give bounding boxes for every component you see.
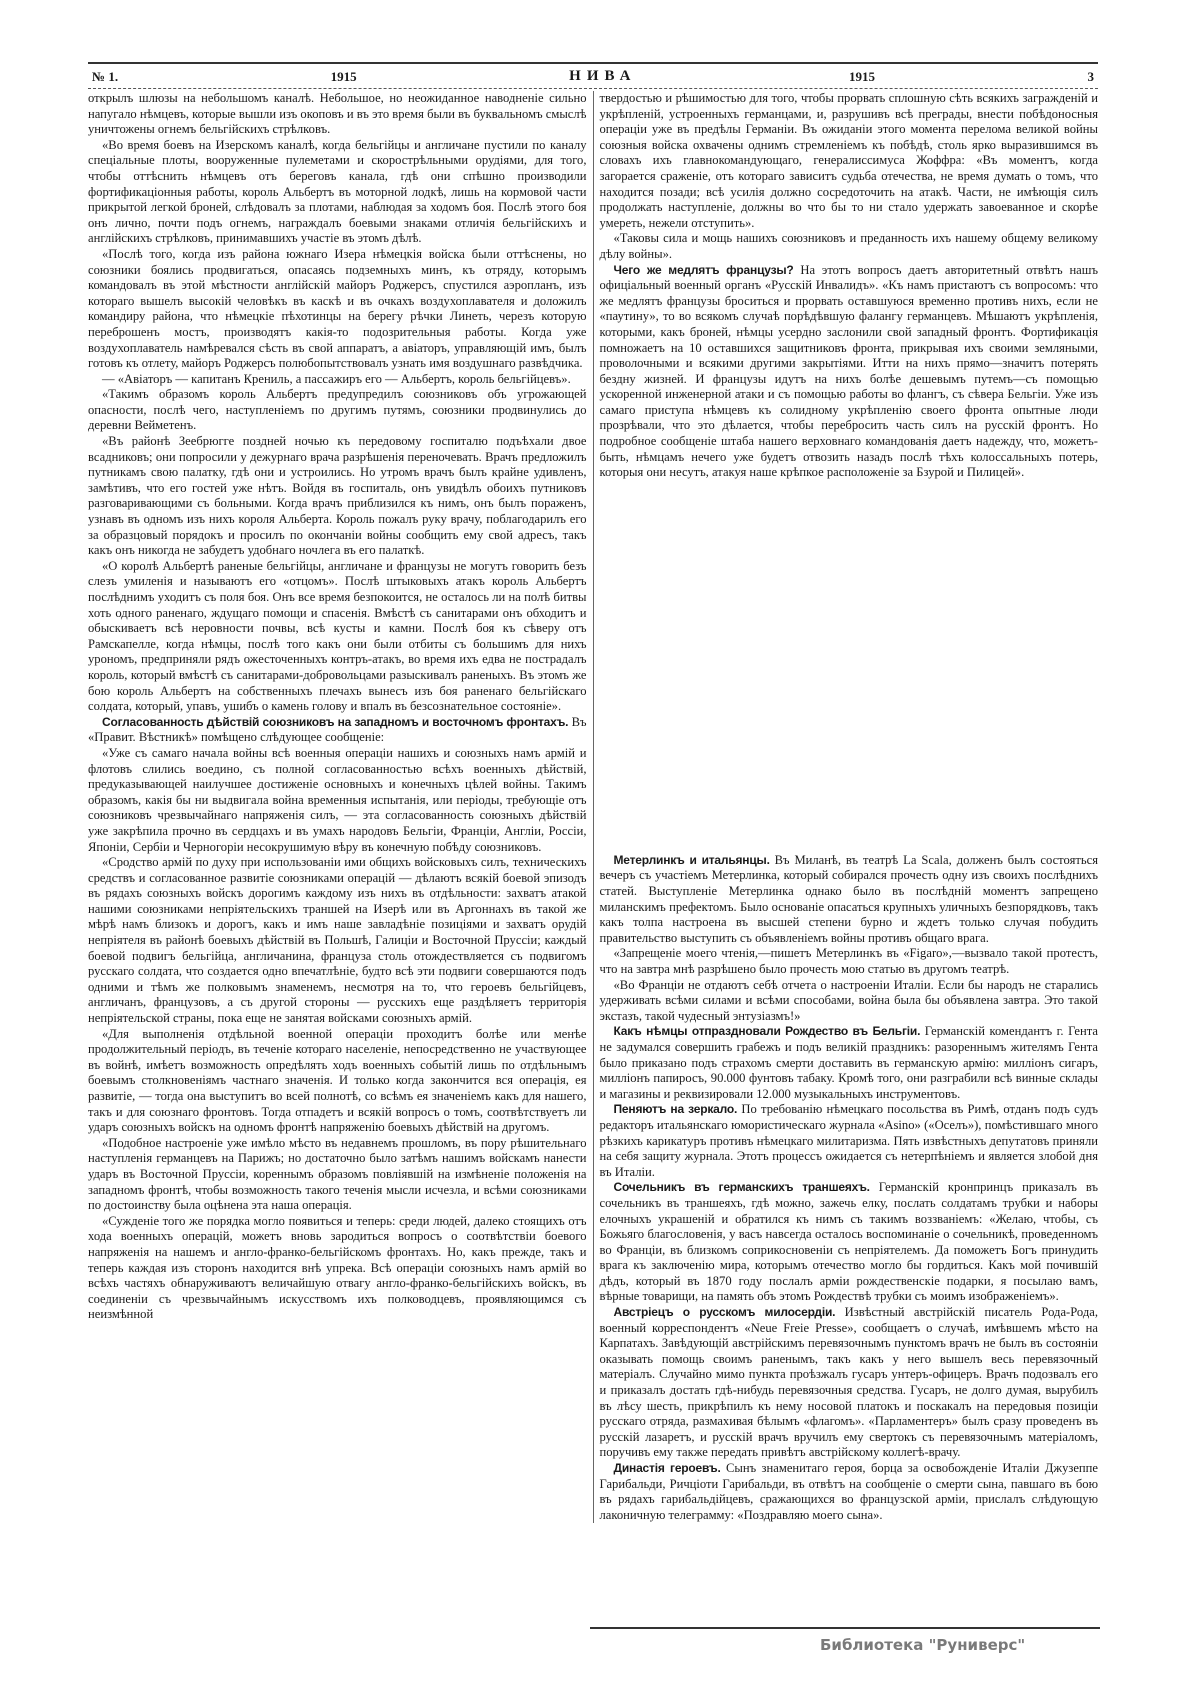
paragraph: «Подобное настроеніе уже имѣло мѣсто въ … bbox=[88, 1136, 587, 1214]
issue-number: № 1. bbox=[92, 69, 118, 85]
bottom-rule bbox=[590, 1627, 1100, 1629]
section-allied-coordination: Согласованность дѣйствій союзниковъ на з… bbox=[88, 715, 587, 746]
paragraph: «Во время боевъ на Изерскомъ каналѣ, ког… bbox=[88, 138, 587, 247]
blank-space bbox=[600, 481, 1099, 853]
section-heading: Какъ нѣмцы отпраздновали Рождество въ Бе… bbox=[614, 1024, 921, 1038]
paragraph: «Для выполненія отдѣльной военной операц… bbox=[88, 1027, 587, 1136]
section-heading: Метерлинкъ и итальянцы. bbox=[614, 853, 770, 867]
paragraph: «Сужденіе того же порядка могло появитьс… bbox=[88, 1214, 587, 1323]
article-columns: открылъ шлюзы на небольшомъ каналѣ. Небо… bbox=[88, 91, 1098, 1523]
paragraph: «Во Франціи не отдаютъ себѣ отчета о нас… bbox=[600, 978, 1099, 1025]
page-header: № 1. 1915 НИВА 1915 3 bbox=[88, 62, 1098, 89]
section-dynasty-heroes: Династія героевъ. Сынъ знаменитаго героя… bbox=[600, 1461, 1099, 1523]
newspaper-page: № 1. 1915 НИВА 1915 3 открылъ шлюзы на н… bbox=[88, 62, 1098, 1523]
section-christmas-belgium: Какъ нѣмцы отпраздновали Рождество въ Бе… bbox=[600, 1024, 1099, 1102]
paragraph: — «Авіаторъ — капитанъ Крениль, а пассаж… bbox=[88, 372, 587, 388]
section-heading: Сочельникъ въ германскихъ траншеяхъ. bbox=[614, 1180, 870, 1194]
paragraph: «Въ районѣ Зеебрюгге поздней ночью къ пе… bbox=[88, 434, 587, 559]
left-column: открылъ шлюзы на небольшомъ каналѣ. Небо… bbox=[88, 91, 594, 1523]
right-column: твердостью и рѣшимостью для того, чтобы … bbox=[594, 91, 1099, 1523]
year-right: 1915 bbox=[849, 69, 875, 85]
page-number: 3 bbox=[1088, 69, 1095, 85]
section-maeterlinck: Метерлинкъ и итальянцы. Въ Миланѣ, въ те… bbox=[600, 853, 1099, 947]
paragraph: «Сродство армій по духу при использовані… bbox=[88, 855, 587, 1027]
section-austrian-mercy: Австріецъ о русскомъ милосердіи. Извѣстн… bbox=[600, 1305, 1099, 1461]
library-watermark: Библиотека "Руниверс" bbox=[820, 1636, 1025, 1654]
section-heading: Согласованность дѣйствій союзниковъ на з… bbox=[102, 715, 568, 729]
section-heading: Династія героевъ. bbox=[614, 1461, 721, 1475]
section-heading: Чего же медлятъ французы? bbox=[614, 263, 794, 277]
paragraph: «Запрещеніе моего чтенія,—пишетъ Метерли… bbox=[600, 946, 1099, 977]
paragraph: «Послѣ того, когда изъ района южнаго Изе… bbox=[88, 247, 587, 372]
section-french-delay: Чего же медлятъ французы? На этотъ вопро… bbox=[600, 263, 1099, 481]
section-text: На этотъ вопросъ даетъ авторитетный отвѣ… bbox=[600, 263, 1099, 480]
section-text: Извѣстный австрійскій писатель Рода-Рода… bbox=[600, 1305, 1099, 1459]
section-mirror: Пеняютъ на зеркало. По требованію нѣмецк… bbox=[600, 1102, 1099, 1180]
section-text: Германскій кронпринцъ приказалъ въ сочел… bbox=[600, 1180, 1099, 1303]
section-heading: Пеняютъ на зеркало. bbox=[614, 1102, 738, 1116]
paragraph: «Такимъ образомъ король Альбертъ предупр… bbox=[88, 387, 587, 434]
section-christmas-eve-trenches: Сочельникъ въ германскихъ траншеяхъ. Гер… bbox=[600, 1180, 1099, 1305]
paragraph: твердостью и рѣшимостью для того, чтобы … bbox=[600, 91, 1099, 231]
paragraph: открылъ шлюзы на небольшомъ каналѣ. Небо… bbox=[88, 91, 587, 138]
section-heading: Австріецъ о русскомъ милосердіи. bbox=[614, 1305, 836, 1319]
paragraph: «Уже съ самаго начала войны всѣ военныя … bbox=[88, 746, 587, 855]
year-left: 1915 bbox=[331, 69, 357, 85]
publication-title: НИВА bbox=[569, 68, 636, 85]
paragraph: «О королѣ Альбертѣ раненые бельгійцы, ан… bbox=[88, 559, 587, 715]
paragraph: «Таковы сила и мощь нашихъ союзниковъ и … bbox=[600, 231, 1099, 262]
